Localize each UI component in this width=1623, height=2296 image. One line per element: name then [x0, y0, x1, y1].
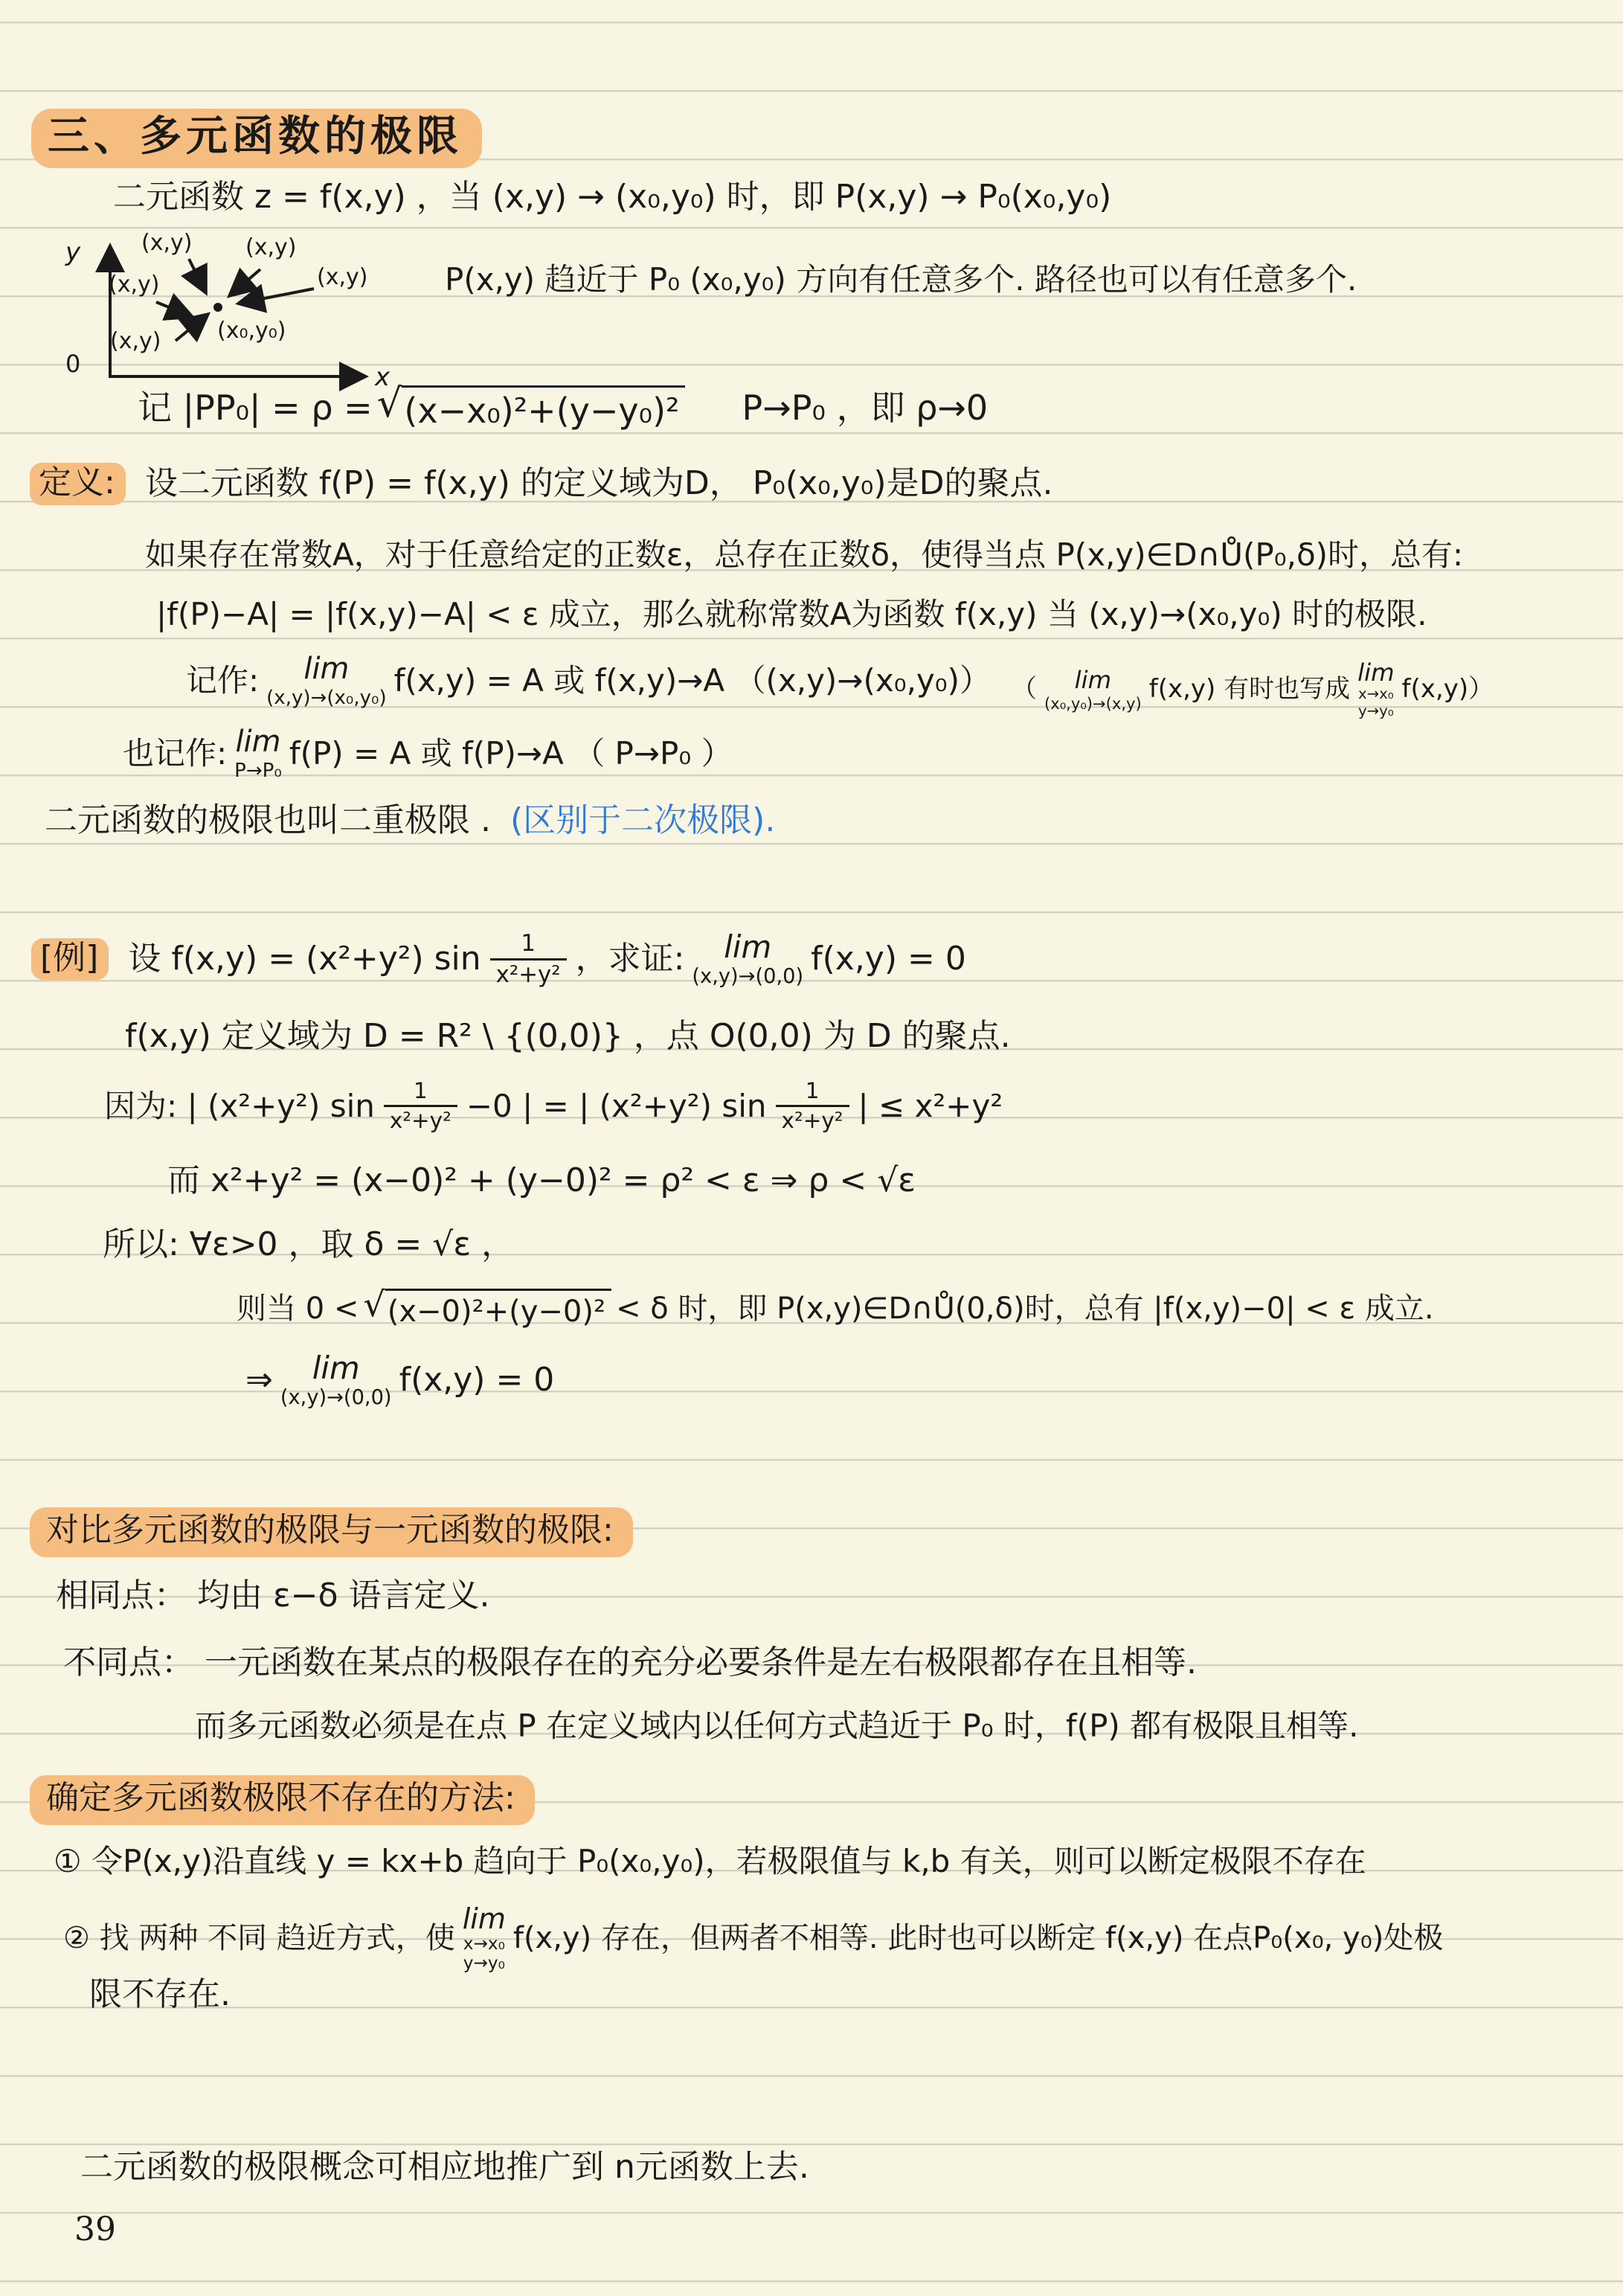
point-label: (x,y): [110, 328, 161, 354]
example-step5-line: ⇒ lim (x,y)→(0,0) f(x,y) = 0: [245, 1353, 554, 1408]
example-because-line: 因为: | (x²+y²) sin 1 x²+y² −0 | = | (x²+y…: [104, 1080, 1003, 1132]
notation-body: f(x,y) = A 或 f(x,y)→A （(x,y)→(x₀,y₀)）: [394, 663, 991, 699]
example-line: [例] 设 f(x,y) = (x²+y²) sin 1 x²+y² ，求证: …: [31, 931, 966, 987]
example-step3-line: 所以: ∀ε>0 ，取 δ = √ε ，: [103, 1226, 514, 1264]
notation-line: 记作: lim (x,y)→(x₀,y₀) f(x,y) = A 或 f(x,y…: [186, 655, 991, 708]
compare-heading: 对比多元函数的极限与一元函数的极限:: [30, 1507, 633, 1557]
approach-arrow-left: [156, 302, 193, 317]
definition-row: 定义: 设二元函数 f(P) = f(x,y) 的定义域为D， P₀(x₀,y₀…: [30, 463, 1052, 505]
limit-notation: lim (x,y)→(x₀,y₀): [266, 655, 386, 708]
point-label: (x,y): [109, 272, 159, 298]
method2-continuation: 限不存在.: [89, 1976, 231, 2014]
example-step4-line: 则当 0 < √ (x−0)²+(y−0)² < δ 时，即 P(x,y)∈D∩…: [237, 1289, 1434, 1329]
approach-arrow-right: [238, 289, 314, 304]
fraction: 1 x²+y²: [490, 932, 567, 987]
example-setup-pre: 设 f(x,y) = (x²+y²) sin: [128, 940, 481, 978]
limit-method2: lim x→x₀ y→y₀: [463, 1905, 506, 1972]
closing-line: 二元函数的极限概念可相应地推广到 n元函数上去.: [80, 2149, 809, 2187]
limit-notation-alt: lim (x₀,y₀)→(x,y): [1044, 668, 1142, 711]
compare-diff-line: 不同点： 一元函数在某点的极限存在的充分必要条件是左右极限都存在且相等.: [63, 1644, 1197, 1682]
limit-conclusion: lim (x,y)→(0,0): [280, 1353, 392, 1408]
approach-arrow-top-right: [229, 269, 260, 296]
example-step2-line: 而 x²+y² = (x−0)² + (y−0)² = ρ² < ε ⇒ ρ <…: [167, 1162, 916, 1200]
limit-notation-xy: lim x→x₀ y→y₀: [1357, 661, 1394, 719]
section-title: 三、多元函数的极限: [31, 109, 482, 168]
notebook-page: { "colors":{"paper":"#f8f5e3","ink":"#1a…: [0, 0, 1623, 2296]
method1-line: ① 令P(x,y)沿直线 y = kx+b 趋向于 P₀(x₀,y₀)，若极限值…: [54, 1844, 1366, 1879]
intro-text: 二元函数 z = f(x,y) ，当 (x,y) → (x₀,y₀) 时，即 P…: [113, 179, 1111, 217]
diagram-note-text: P(x,y) 趋近于 P₀ (x₀,y₀) 方向有任意多个. 路径也可以有任意多…: [445, 262, 1357, 298]
limit-point-dot: [213, 303, 222, 312]
point-label: (x,y): [317, 264, 367, 290]
fraction: 1 x²+y²: [384, 1080, 457, 1132]
intro-line: 二元函数 z = f(x,y) ，当 (x,y) → (x₀,y₀) 时，即 P…: [113, 179, 1111, 217]
method2-line: ② 找 两种 不同 趋近方式，使 lim x→x₀ y→y₀ f(x,y) 存在…: [63, 1905, 1443, 1972]
limit-notation-P: lim P→P₀: [234, 728, 282, 780]
example-domain-line: f(x,y) 定义域为 D = R² \ {(0,0)} ，点 O(0,0) 为…: [125, 1018, 1011, 1056]
rho-prefix: 记 |PP₀| = ρ =: [138, 388, 373, 428]
example-badge: [例]: [31, 938, 109, 981]
methods-heading: 确定多元函数极限不存在的方法:: [30, 1775, 535, 1825]
y-axis-label: y: [65, 237, 81, 267]
coordinate-diagram: y x 0 (x,y) (x,y) (x,y) (x,y) (x,y) (x₀,…: [22, 229, 439, 396]
section-title-text: 三、多元函数的极限: [31, 109, 482, 168]
remark-black: 二元函数的极限也叫二重极限 .: [45, 802, 491, 840]
remark-line: 二元函数的极限也叫二重极限 . (区别于二次极限).: [45, 802, 775, 840]
center-point-label: (x₀,y₀): [217, 318, 286, 344]
definition-line2: 如果存在常数A，对于任意给定的正数ε，总存在正数δ，使得当点 P(x,y)∈D∩…: [145, 537, 1463, 573]
notation-aside: （ lim (x₀,y₀)→(x,y) f(x,y) 有时也写成 lim x→x…: [1012, 661, 1494, 719]
notation-label: 记作:: [186, 663, 259, 699]
limit-example: lim (x,y)→(0,0): [692, 931, 803, 987]
sqrt-expression: √ (x−0)²+(y−0)²: [363, 1289, 611, 1329]
diagram-note: P(x,y) 趋近于 P₀ (x₀,y₀) 方向有任意多个. 路径也可以有任意多…: [445, 262, 1357, 298]
point-label: (x,y): [245, 234, 296, 260]
rho-tail: P→P₀ ，即 ρ→0: [742, 388, 988, 428]
remark-blue: (区别于二次极限).: [510, 802, 775, 840]
example-setup-tail: f(x,y) = 0: [811, 940, 966, 978]
rho-line: 记 |PP₀| = ρ = √ (x−x₀)²+(y−y₀)² P→P₀ ，即 …: [138, 385, 988, 431]
definition-line1: 设二元函数 f(P) = f(x,y) 的定义域为D， P₀(x₀,y₀)是D的…: [145, 465, 1053, 503]
sqrt-expression: √ (x−x₀)²+(y−y₀)²: [377, 385, 686, 431]
sqrt-body: (x−x₀)²+(y−y₀)²: [402, 385, 685, 431]
fraction: 1 x²+y²: [776, 1080, 849, 1132]
definition-line3: |f(P)−A| = |f(x,y)−A| < ε 成立，那么就称常数A为函数 …: [156, 597, 1427, 632]
approach-arrow-top: [189, 259, 206, 293]
notation2-line: 也记作: lim P→P₀ f(P) = A 或 f(P)→A （ P→P₀ ）: [123, 728, 733, 780]
notation2-body: f(P) = A 或 f(P)→A （ P→P₀ ）: [289, 736, 733, 772]
example-setup-mid: ，求证:: [576, 940, 685, 978]
page-number: 39: [74, 2211, 116, 2249]
compare-same-line: 相同点： 均由 ε−δ 语言定义.: [56, 1577, 490, 1615]
origin-label: 0: [65, 350, 80, 378]
notation2-label: 也记作:: [123, 736, 227, 772]
definition-badge: 定义:: [30, 463, 126, 505]
compare-diff2-line: 而多元函数必须是在点 P 在定义域内以任何方式趋近于 P₀ 时，f(P) 都有极…: [195, 1708, 1358, 1744]
point-label: (x,y): [141, 230, 192, 256]
